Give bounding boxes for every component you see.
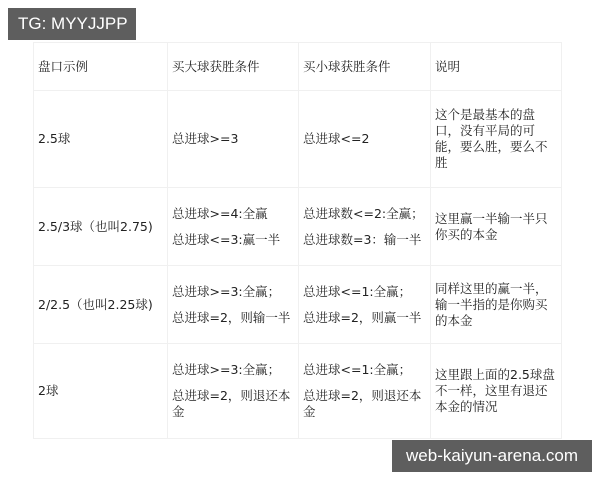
cell-example: 2.5/3球（也叫2.75) <box>34 188 168 266</box>
over-condition-line: 总进球<=3:赢一半 <box>172 232 294 248</box>
under-condition-line: 总进球<=1:全赢； <box>303 284 426 300</box>
under-condition-line: 总进球数<=2:全赢； <box>303 206 426 222</box>
watermark-top: TG: MYYJJPP <box>8 8 136 40</box>
over-condition-line: 总进球>=3 <box>172 131 294 147</box>
table-header-row: 盘口示例 买大球获胜条件 买小球获胜条件 说明 <box>34 43 562 91</box>
over-condition-line: 总进球=2，则输一半 <box>172 310 294 326</box>
under-condition-line: 总进球数=3：输一半 <box>303 232 426 248</box>
table-row: 2球 总进球>=3:全赢； 总进球=2，则退还本金 总进球<=1:全赢； 总进球… <box>34 344 562 439</box>
header-example: 盘口示例 <box>34 43 168 91</box>
header-over-condition: 买大球获胜条件 <box>168 43 299 91</box>
cell-over: 总进球>=3:全赢； 总进球=2，则输一半 <box>168 266 299 344</box>
cell-under: 总进球<=1:全赢； 总进球=2，则赢一半 <box>299 266 431 344</box>
under-condition-line: 总进球<=1:全赢； <box>303 362 426 378</box>
cell-example: 2/2.5（也叫2.25球) <box>34 266 168 344</box>
table-row: 2/2.5（也叫2.25球) 总进球>=3:全赢； 总进球=2，则输一半 总进球… <box>34 266 562 344</box>
cell-note: 这个是最基本的盘口，没有平局的可能，要么胜，要么不胜 <box>431 91 562 188</box>
handicap-rules-table: 盘口示例 买大球获胜条件 买小球获胜条件 说明 2.5球 总进球>=3 总进球<… <box>33 42 562 439</box>
watermark-bottom: web-kaiyun-arena.com <box>392 440 592 472</box>
cell-under: 总进球<=1:全赢； 总进球=2，则退还本金 <box>299 344 431 439</box>
cell-over: 总进球>=3 <box>168 91 299 188</box>
cell-example: 2.5球 <box>34 91 168 188</box>
cell-note: 这里赢一半输一半只你买的本金 <box>431 188 562 266</box>
table-row: 2.5/3球（也叫2.75) 总进球>=4:全赢 总进球<=3:赢一半 总进球数… <box>34 188 562 266</box>
under-condition-line: 总进球<=2 <box>303 131 426 147</box>
cell-under: 总进球数<=2:全赢； 总进球数=3：输一半 <box>299 188 431 266</box>
cell-under: 总进球<=2 <box>299 91 431 188</box>
cell-note: 这里跟上面的2.5球盘不一样，这里有退还本金的情况 <box>431 344 562 439</box>
under-condition-line: 总进球=2，则退还本金 <box>303 388 426 420</box>
cell-note: 同样这里的赢一半，输一半指的是你购买的本金 <box>431 266 562 344</box>
header-note: 说明 <box>431 43 562 91</box>
header-under-condition: 买小球获胜条件 <box>299 43 431 91</box>
under-condition-line: 总进球=2，则赢一半 <box>303 310 426 326</box>
cell-over: 总进球>=4:全赢 总进球<=3:赢一半 <box>168 188 299 266</box>
over-condition-line: 总进球>=4:全赢 <box>172 206 294 222</box>
cell-example: 2球 <box>34 344 168 439</box>
cell-over: 总进球>=3:全赢； 总进球=2，则退还本金 <box>168 344 299 439</box>
over-condition-line: 总进球>=3:全赢； <box>172 284 294 300</box>
over-condition-line: 总进球=2，则退还本金 <box>172 388 294 420</box>
table-row: 2.5球 总进球>=3 总进球<=2 这个是最基本的盘口，没有平局的可能，要么胜… <box>34 91 562 188</box>
over-condition-line: 总进球>=3:全赢； <box>172 362 294 378</box>
